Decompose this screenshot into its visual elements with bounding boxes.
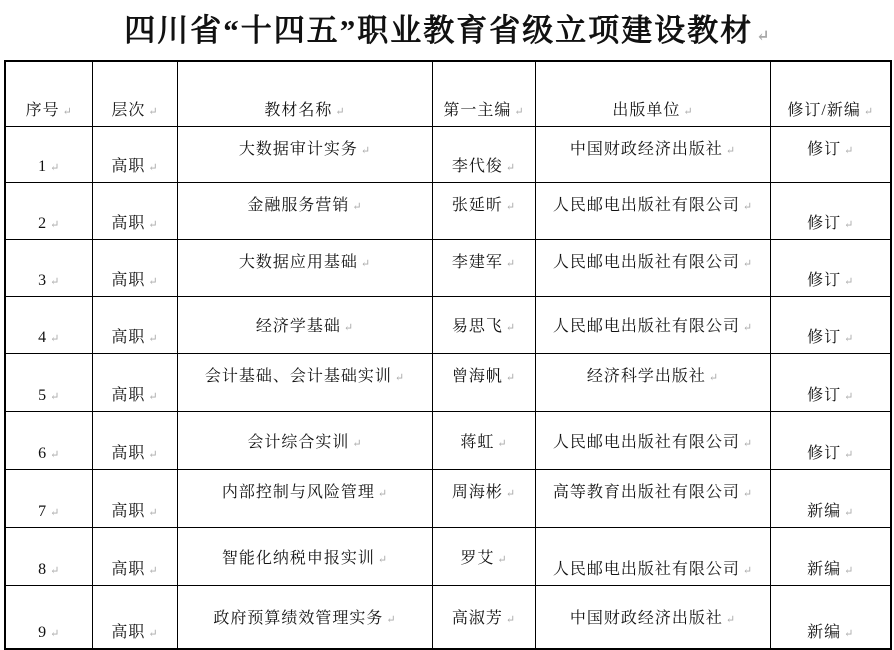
paragraph-mark: ↵: [378, 554, 387, 566]
cell-chief-editor: 易思飞↵: [432, 296, 535, 353]
cell-textbook-name: 大数据审计实务↵: [177, 126, 432, 182]
header-label: 第一主编: [443, 102, 511, 119]
cell-text: 修订: [807, 141, 841, 158]
table-header-row: 序号↵ 层次↵ 教材名称↵ 第一主编↵ 出版单位↵ 修订/新编↵: [5, 61, 891, 126]
cell-textbook-name: 会计基础、会计基础实训↵: [177, 353, 432, 411]
table-row: 3↵高职↵大数据应用基础↵李建军↵人民邮电出版社有限公司↵修订↵: [5, 239, 891, 296]
paragraph-mark: ↵: [506, 201, 515, 213]
cell-publisher: 高等教育出版社有限公司↵: [535, 469, 770, 527]
paragraph-mark: ↵: [756, 28, 769, 45]
header-cell-textbook-name: 教材名称↵: [177, 61, 432, 126]
cell-textbook-name: 会计综合实训↵: [177, 411, 432, 469]
cell-level: 高职↵: [92, 239, 177, 296]
cell-text: 高职: [111, 445, 145, 462]
cell-text: 3: [38, 272, 47, 289]
cell-level: 高职↵: [92, 411, 177, 469]
paragraph-mark: ↵: [352, 438, 361, 450]
paragraph-mark: ↵: [844, 391, 853, 403]
cell-text: 新编: [807, 503, 841, 520]
cell-text: 李建军: [452, 254, 503, 271]
paragraph-mark: ↵: [361, 258, 370, 270]
cell-text: 会计基础、会计基础实训: [205, 368, 392, 385]
cell-text: 蒋虹: [460, 434, 494, 451]
paragraph-mark: ↵: [726, 145, 735, 157]
cell-text: 大数据审计实务: [239, 141, 358, 158]
cell-text: 人民邮电出版社有限公司: [553, 318, 740, 335]
paragraph-mark: ↵: [63, 106, 72, 118]
table-body: 1↵高职↵大数据审计实务↵李代俊↵中国财政经济出版社↵修订↵2↵高职↵金融服务营…: [5, 126, 891, 649]
table-row: 8↵高职↵智能化纳税申报实训↵罗艾↵人民邮电出版社有限公司↵新编↵: [5, 527, 891, 585]
paragraph-mark: ↵: [361, 145, 370, 157]
page-title: 四川省“十四五”职业教育省级立项建设教材↵: [0, 0, 894, 60]
paragraph-mark: ↵: [50, 391, 59, 403]
cell-text: 人民邮电出版社有限公司: [553, 434, 740, 451]
cell-index: 7↵: [5, 469, 92, 527]
cell-level: 高职↵: [92, 126, 177, 182]
cell-text: 李代俊: [452, 158, 503, 175]
paragraph-mark: ↵: [844, 276, 853, 288]
cell-chief-editor: 张延昕↵: [432, 182, 535, 239]
cell-index: 2↵: [5, 182, 92, 239]
cell-text: 修订: [807, 215, 841, 232]
header-cell-chief-editor: 第一主编↵: [432, 61, 535, 126]
paragraph-mark: ↵: [148, 565, 157, 577]
paragraph-mark: ↵: [148, 219, 157, 231]
paragraph-mark: ↵: [50, 449, 59, 461]
textbook-table: 序号↵ 层次↵ 教材名称↵ 第一主编↵ 出版单位↵ 修订/新编↵ 1↵高职↵大数…: [4, 60, 892, 650]
header-cell-revision-type: 修订/新编↵: [770, 61, 891, 126]
cell-publisher: 中国财政经济出版社↵: [535, 585, 770, 649]
cell-text: 4: [38, 329, 47, 346]
header-cell-publisher: 出版单位↵: [535, 61, 770, 126]
paragraph-mark: ↵: [844, 449, 853, 461]
cell-chief-editor: 高淑芳↵: [432, 585, 535, 649]
cell-index: 4↵: [5, 296, 92, 353]
document-page: 四川省“十四五”职业教育省级立项建设教材↵ 序号↵ 层次↵ 教材名称↵ 第一主编…: [0, 0, 894, 650]
cell-text: 高等教育出版社有限公司: [553, 484, 740, 501]
paragraph-mark: ↵: [743, 565, 752, 577]
cell-revision-type: 修订↵: [770, 411, 891, 469]
cell-chief-editor: 蒋虹↵: [432, 411, 535, 469]
cell-publisher: 经济科学出版社↵: [535, 353, 770, 411]
page-title-text: 四川省“十四五”职业教育省级立项建设教材: [124, 13, 753, 48]
cell-text: 8: [38, 561, 47, 578]
cell-text: 1: [38, 158, 47, 175]
cell-publisher: 人民邮电出版社有限公司↵: [535, 239, 770, 296]
cell-text: 中国财政经济出版社: [570, 141, 723, 158]
cell-text: 高职: [111, 561, 145, 578]
cell-text: 人民邮电出版社有限公司: [553, 254, 740, 271]
cell-publisher: 人民邮电出版社有限公司↵: [535, 296, 770, 353]
cell-text: 政府预算绩效管理实务: [213, 610, 383, 627]
cell-text: 人民邮电出版社有限公司: [553, 197, 740, 214]
cell-revision-type: 修订↵: [770, 296, 891, 353]
cell-text: 2: [38, 215, 47, 232]
paragraph-mark: ↵: [50, 276, 59, 288]
paragraph-mark: ↵: [709, 372, 718, 384]
paragraph-mark: ↵: [506, 162, 515, 174]
cell-level: 高职↵: [92, 469, 177, 527]
cell-text: 高职: [111, 272, 145, 289]
paragraph-mark: ↵: [844, 565, 853, 577]
cell-text: 修订: [807, 272, 841, 289]
paragraph-mark: ↵: [50, 333, 59, 345]
cell-level: 高职↵: [92, 182, 177, 239]
paragraph-mark: ↵: [683, 106, 692, 118]
cell-textbook-name: 经济学基础↵: [177, 296, 432, 353]
cell-index: 8↵: [5, 527, 92, 585]
paragraph-mark: ↵: [506, 488, 515, 500]
cell-text: 高职: [111, 387, 145, 404]
cell-revision-type: 修订↵: [770, 126, 891, 182]
paragraph-mark: ↵: [506, 258, 515, 270]
cell-level: 高职↵: [92, 585, 177, 649]
paragraph-mark: ↵: [148, 449, 157, 461]
cell-text: 修订: [807, 329, 841, 346]
table-row: 7↵高职↵内部控制与风险管理↵周海彬↵高等教育出版社有限公司↵新编↵: [5, 469, 891, 527]
cell-text: 易思飞: [452, 318, 503, 335]
paragraph-mark: ↵: [50, 162, 59, 174]
cell-text: 9: [38, 624, 47, 641]
cell-index: 5↵: [5, 353, 92, 411]
cell-text: 曾海帆: [452, 368, 503, 385]
table-row: 6↵高职↵会计综合实训↵蒋虹↵人民邮电出版社有限公司↵修订↵: [5, 411, 891, 469]
paragraph-mark: ↵: [148, 333, 157, 345]
cell-text: 智能化纳税申报实训: [222, 550, 375, 567]
paragraph-mark: ↵: [743, 201, 752, 213]
paragraph-mark: ↵: [506, 372, 515, 384]
cell-text: 会计综合实训: [247, 434, 349, 451]
paragraph-mark: ↵: [50, 628, 59, 640]
cell-text: 罗艾: [460, 550, 494, 567]
table-row: 4↵高职↵经济学基础↵易思飞↵人民邮电出版社有限公司↵修订↵: [5, 296, 891, 353]
paragraph-mark: ↵: [844, 145, 853, 157]
cell-textbook-name: 大数据应用基础↵: [177, 239, 432, 296]
header-cell-index: 序号↵: [5, 61, 92, 126]
cell-text: 周海彬: [452, 484, 503, 501]
cell-textbook-name: 政府预算绩效管理实务↵: [177, 585, 432, 649]
cell-chief-editor: 曾海帆↵: [432, 353, 535, 411]
cell-revision-type: 修订↵: [770, 239, 891, 296]
cell-index: 9↵: [5, 585, 92, 649]
paragraph-mark: ↵: [743, 488, 752, 500]
paragraph-mark: ↵: [514, 106, 523, 118]
cell-text: 经济科学出版社: [587, 368, 706, 385]
cell-revision-type: 新编↵: [770, 469, 891, 527]
paragraph-mark: ↵: [50, 507, 59, 519]
cell-revision-type: 新编↵: [770, 527, 891, 585]
cell-text: 经济学基础: [256, 318, 341, 335]
cell-level: 高职↵: [92, 353, 177, 411]
cell-text: 金融服务营销: [247, 197, 349, 214]
cell-textbook-name: 金融服务营销↵: [177, 182, 432, 239]
cell-index: 3↵: [5, 239, 92, 296]
paragraph-mark: ↵: [148, 391, 157, 403]
table-row: 9↵高职↵政府预算绩效管理实务↵高淑芳↵中国财政经济出版社↵新编↵: [5, 585, 891, 649]
cell-chief-editor: 李建军↵: [432, 239, 535, 296]
cell-chief-editor: 罗艾↵: [432, 527, 535, 585]
cell-level: 高职↵: [92, 296, 177, 353]
cell-textbook-name: 内部控制与风险管理↵: [177, 469, 432, 527]
paragraph-mark: ↵: [148, 628, 157, 640]
cell-revision-type: 新编↵: [770, 585, 891, 649]
cell-publisher: 人民邮电出版社有限公司↵: [535, 411, 770, 469]
cell-publisher: 人民邮电出版社有限公司↵: [535, 182, 770, 239]
cell-text: 5: [38, 387, 47, 404]
cell-text: 张延昕: [452, 197, 503, 214]
paragraph-mark: ↵: [743, 438, 752, 450]
header-label: 序号: [26, 102, 60, 119]
paragraph-mark: ↵: [395, 372, 404, 384]
header-label: 出版单位: [612, 102, 680, 119]
cell-text: 6: [38, 445, 47, 462]
cell-revision-type: 修订↵: [770, 182, 891, 239]
header-cell-level: 层次↵: [92, 61, 177, 126]
cell-revision-type: 修订↵: [770, 353, 891, 411]
cell-text: 高职: [111, 329, 145, 346]
cell-publisher: 中国财政经济出版社↵: [535, 126, 770, 182]
paragraph-mark: ↵: [844, 628, 853, 640]
paragraph-mark: ↵: [506, 614, 515, 626]
paragraph-mark: ↵: [148, 106, 157, 118]
paragraph-mark: ↵: [844, 333, 853, 345]
header-label: 层次: [111, 102, 145, 119]
cell-text: 高职: [111, 215, 145, 232]
paragraph-mark: ↵: [50, 565, 59, 577]
paragraph-mark: ↵: [148, 162, 157, 174]
paragraph-mark: ↵: [148, 276, 157, 288]
paragraph-mark: ↵: [497, 438, 506, 450]
cell-textbook-name: 智能化纳税申报实训↵: [177, 527, 432, 585]
table-row: 5↵高职↵会计基础、会计基础实训↵曾海帆↵经济科学出版社↵修订↵: [5, 353, 891, 411]
cell-text: 新编: [807, 624, 841, 641]
header-label: 教材名称: [264, 102, 332, 119]
paragraph-mark: ↵: [344, 322, 353, 334]
cell-text: 高职: [111, 624, 145, 641]
cell-chief-editor: 周海彬↵: [432, 469, 535, 527]
paragraph-mark: ↵: [386, 614, 395, 626]
cell-text: 中国财政经济出版社: [570, 610, 723, 627]
cell-index: 1↵: [5, 126, 92, 182]
table-row: 2↵高职↵金融服务营销↵张延昕↵人民邮电出版社有限公司↵修订↵: [5, 182, 891, 239]
header-label: 修订/新编: [787, 102, 860, 119]
cell-text: 高职: [111, 158, 145, 175]
cell-chief-editor: 李代俊↵: [432, 126, 535, 182]
paragraph-mark: ↵: [506, 322, 515, 334]
paragraph-mark: ↵: [148, 507, 157, 519]
cell-text: 人民邮电出版社有限公司: [553, 561, 740, 578]
cell-index: 6↵: [5, 411, 92, 469]
paragraph-mark: ↵: [335, 106, 344, 118]
cell-text: 修订: [807, 387, 841, 404]
cell-publisher: 人民邮电出版社有限公司↵: [535, 527, 770, 585]
paragraph-mark: ↵: [726, 614, 735, 626]
paragraph-mark: ↵: [497, 554, 506, 566]
paragraph-mark: ↵: [50, 219, 59, 231]
cell-text: 7: [38, 503, 47, 520]
cell-text: 内部控制与风险管理: [222, 484, 375, 501]
paragraph-mark: ↵: [864, 106, 873, 118]
paragraph-mark: ↵: [378, 488, 387, 500]
table-row: 1↵高职↵大数据审计实务↵李代俊↵中国财政经济出版社↵修订↵: [5, 126, 891, 182]
cell-level: 高职↵: [92, 527, 177, 585]
paragraph-mark: ↵: [352, 201, 361, 213]
cell-text: 大数据应用基础: [239, 254, 358, 271]
paragraph-mark: ↵: [844, 507, 853, 519]
paragraph-mark: ↵: [743, 322, 752, 334]
cell-text: 高淑芳: [452, 610, 503, 627]
cell-text: 新编: [807, 561, 841, 578]
cell-text: 高职: [111, 503, 145, 520]
paragraph-mark: ↵: [743, 258, 752, 270]
paragraph-mark: ↵: [844, 219, 853, 231]
cell-text: 修订: [807, 445, 841, 462]
